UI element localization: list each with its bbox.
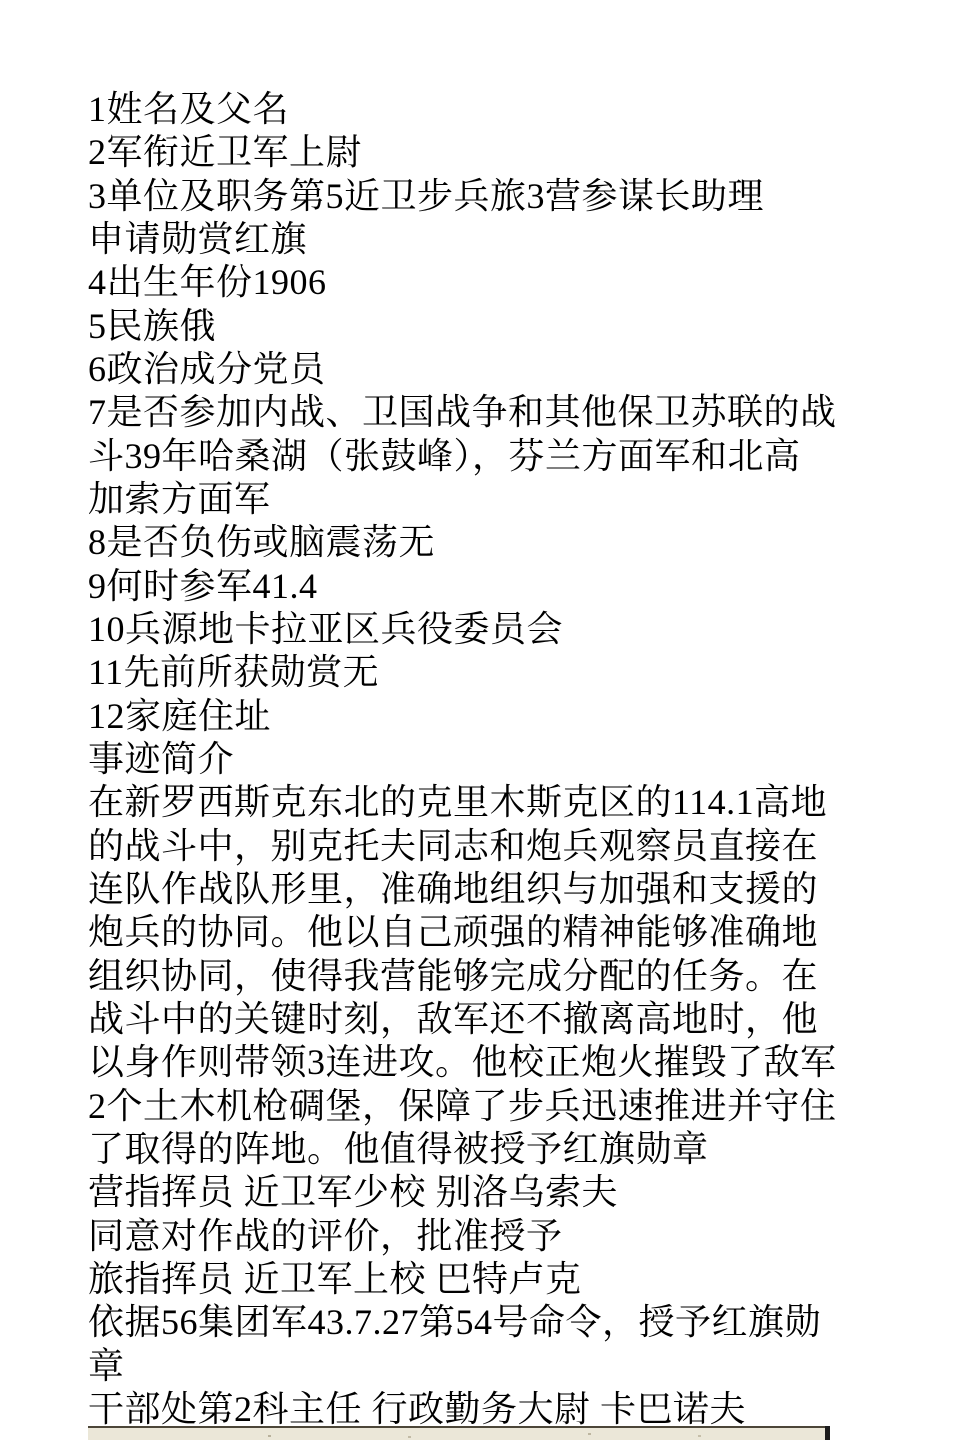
- field-prior-awards: 11先前所获勋赏无: [88, 651, 878, 694]
- citation-line1: 在新罗西斯克东北的克里木斯克区的114.1高地: [88, 781, 878, 824]
- citation-line9: 了取得的阵地。他值得被授予红旗勋章: [88, 1128, 878, 1171]
- citation-line6: 战斗中的关键时刻，敌军还不撤离高地时，他: [88, 998, 878, 1041]
- field-enlistment-date: 9何时参军41.4: [88, 565, 878, 608]
- field-party-status: 6政治成分党员: [88, 348, 878, 391]
- field-rank: 2军衔近卫军上尉: [88, 131, 878, 174]
- endorsement-line: 同意对作战的评价，批准授予: [88, 1215, 878, 1258]
- award-order-line2: 章: [88, 1345, 878, 1388]
- field-war-participation-line2: 斗39年哈桑湖（张鼓峰），芬兰方面军和北高: [88, 435, 878, 478]
- scanned-document-image-fragment: [88, 1426, 825, 1440]
- field-unit-position: 3单位及职务第5近卫步兵旅3营参谋长助理: [88, 175, 878, 218]
- field-home-address: 12家庭住址: [88, 695, 878, 738]
- field-name-patronymic: 1姓名及父名: [88, 88, 878, 131]
- signature-brigade-commander: 旅指挥员 近卫军上校 巴特卢克: [88, 1258, 878, 1301]
- citation-line7: 以身作则带领3连进攻。他校正炮火摧毁了敌军: [88, 1041, 878, 1084]
- citation-heading: 事迹简介: [88, 738, 878, 781]
- citation-line4: 炮兵的协同。他以自己顽强的精神能够准确地: [88, 911, 878, 954]
- citation-line5: 组织协同，使得我营能够完成分配的任务。在: [88, 955, 878, 998]
- document-text-block: 1姓名及父名 2军衔近卫军上尉 3单位及职务第5近卫步兵旅3营参谋长助理 申请勋…: [88, 88, 878, 1431]
- field-ethnicity: 5民族俄: [88, 305, 878, 348]
- citation-line3: 连队作战队形里，准确地组织与加强和支援的: [88, 868, 878, 911]
- award-order-line1: 依据56集团军43.7.27第54号命令，授予红旗勋: [88, 1301, 878, 1344]
- field-wounds: 8是否负伤或脑震荡无: [88, 521, 878, 564]
- field-war-participation-line3: 加索方面军: [88, 478, 878, 521]
- field-award-applied: 申请勋赏红旗: [88, 218, 878, 261]
- signature-personnel-officer: 干部处第2科主任 行政勤务大尉 卡巴诺夫: [88, 1388, 878, 1431]
- citation-line2: 的战斗中，别克托夫同志和炮兵观察员直接在: [88, 825, 878, 868]
- scan-page-edge-line: [825, 1426, 830, 1440]
- citation-line8: 2个土木机枪碉堡，保障了步兵迅速推进并守住: [88, 1085, 878, 1128]
- signature-battalion-commander: 营指挥员 近卫军少校 别洛乌索夫: [88, 1171, 878, 1214]
- field-war-participation-line1: 7是否参加内战、卫国战争和其他保卫苏联的战: [88, 391, 878, 434]
- field-enlistment-office: 10兵源地卡拉亚区兵役委员会: [88, 608, 878, 651]
- field-birth-year: 4出生年份1906: [88, 261, 878, 304]
- paper-texture-specks: [268, 1435, 271, 1437]
